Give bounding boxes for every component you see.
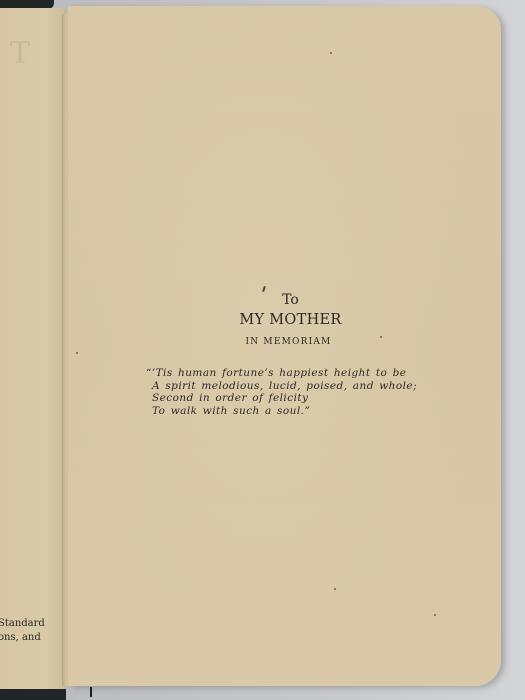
paper-speck [76,352,78,354]
snippet-line: Standard [0,617,34,631]
quote-line: To walk with such a soul.” [146,405,417,418]
paper-speck [434,614,436,616]
dedication-quote: “’Tis human fortune’s happiest height to… [146,367,417,417]
left-page: T Standard ons, and [0,8,66,689]
dedication-subtitle: IN MEMORIAM [76,337,501,347]
dedication-block: To MY MOTHER IN MEMORIAM [68,292,501,347]
quote-line: A spirit melodious, lucid, poised, and w… [146,380,417,393]
quote-line: Second in order of felicity [146,392,417,405]
showthrough-letter: T [10,36,30,71]
bookmark-thread [90,687,92,697]
paper-speck [334,588,336,590]
right-page: To MY MOTHER IN MEMORIAM “’Tis human for… [68,6,501,686]
snippet-line: ons, and [0,631,34,645]
left-page-text-snippet: Standard ons, and [0,617,34,645]
quote-line: “’Tis human fortune’s happiest height to… [146,367,417,380]
paper-speck [330,52,332,54]
dedication-to: To [80,292,501,308]
dedication-name: MY MOTHER [80,312,501,328]
